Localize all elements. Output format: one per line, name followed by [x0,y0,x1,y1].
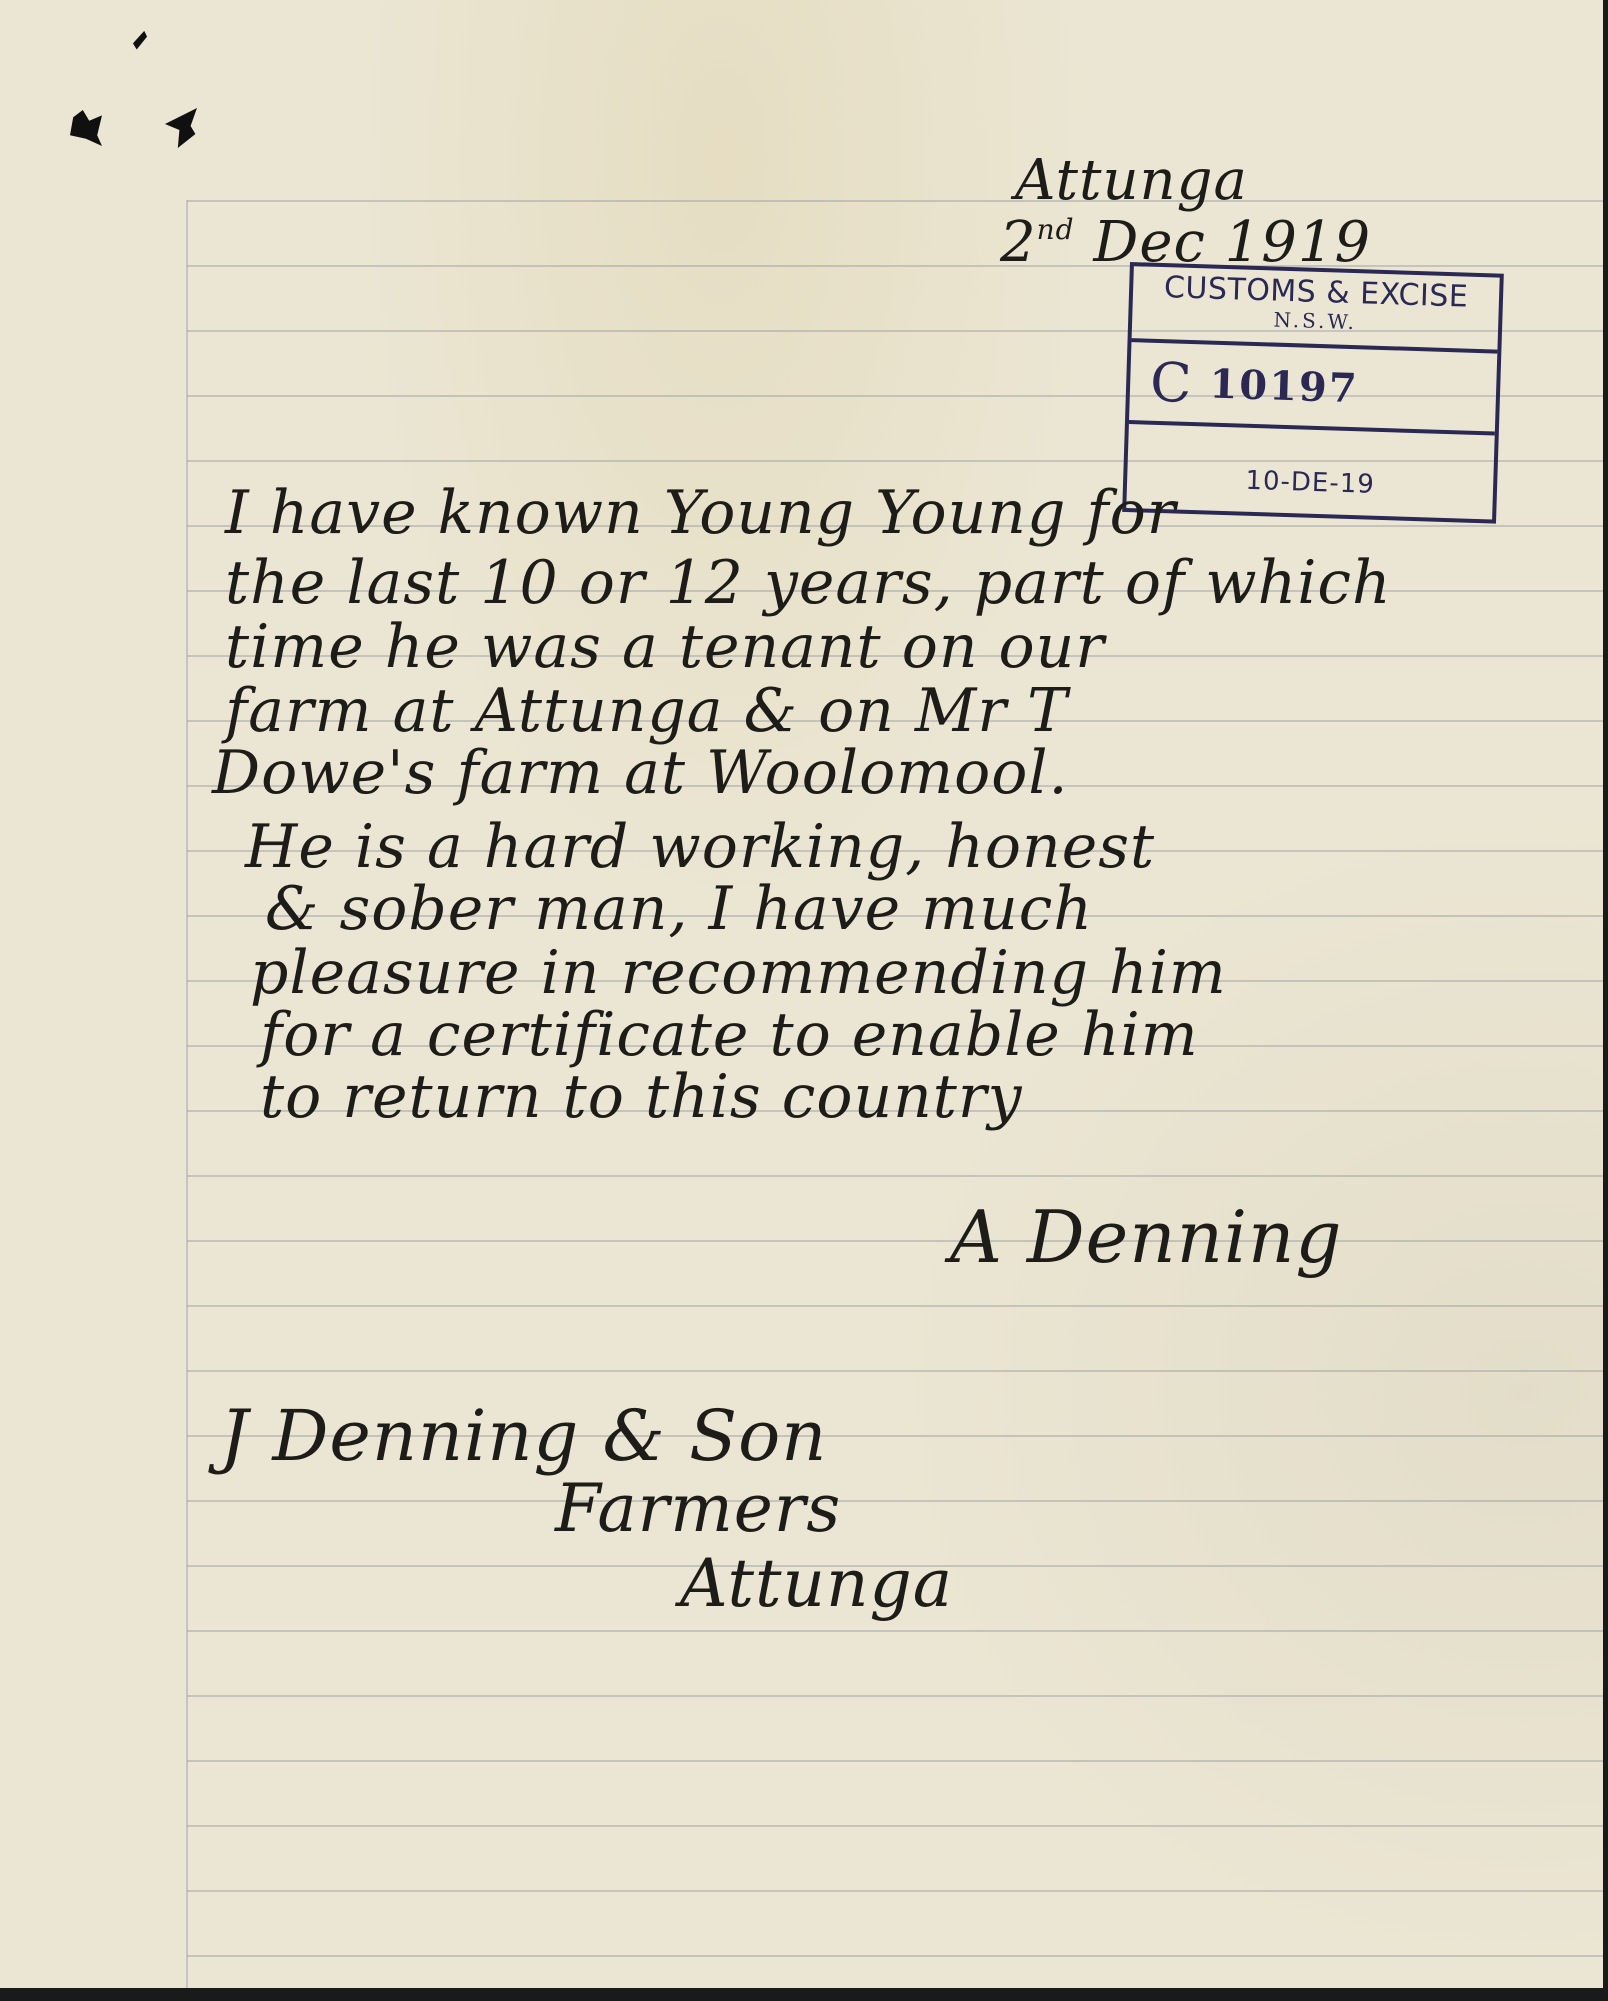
date-day: 2 [1000,210,1037,275]
body-line: the last 10 or 12 years, part of which [225,548,1392,618]
body-line: & sober man, I have much [265,874,1093,944]
customs-stamp: CUSTOMS & EXCISE N.S.W. C 10197 10-DE-19 [1122,262,1504,524]
punch-hole [165,108,197,148]
body-line: pleasure in recommending him [250,938,1227,1008]
firm-occupation: Farmers [555,1470,841,1547]
letter-page: Attunga 2nd Dec 1919 CUSTOMS & EXCISE N.… [0,0,1603,1988]
firm-place: Attunga [680,1545,953,1622]
signature: A Denning [950,1195,1342,1279]
body-line: Dowe's farm at Woolomool. [212,738,1069,808]
stamp-number: 10197 [1209,360,1360,412]
stamp-date: 10-DE-19 [1127,424,1495,503]
punch-hole [70,110,102,146]
stamp-reference: C 10197 [1129,342,1497,435]
body-line: time he was a tenant on our [225,612,1105,682]
stamp-header: CUSTOMS & EXCISE N.S.W. [1131,266,1499,353]
letter-place: Attunga [1015,148,1248,213]
ink-mark [131,29,149,51]
margin-line [186,200,188,1988]
body-line: I have known Young Young for [225,478,1176,548]
stamp-letter: C [1149,350,1192,414]
firm-name: J Denning & Son [220,1395,827,1477]
body-line: to return to this country [260,1062,1022,1132]
date-suffix: nd [1037,213,1075,246]
body-line: farm at Attunga & on Mr T [225,676,1068,746]
body-line: He is a hard working, honest [245,812,1155,882]
body-line: for a certificate to enable him [260,1000,1199,1070]
